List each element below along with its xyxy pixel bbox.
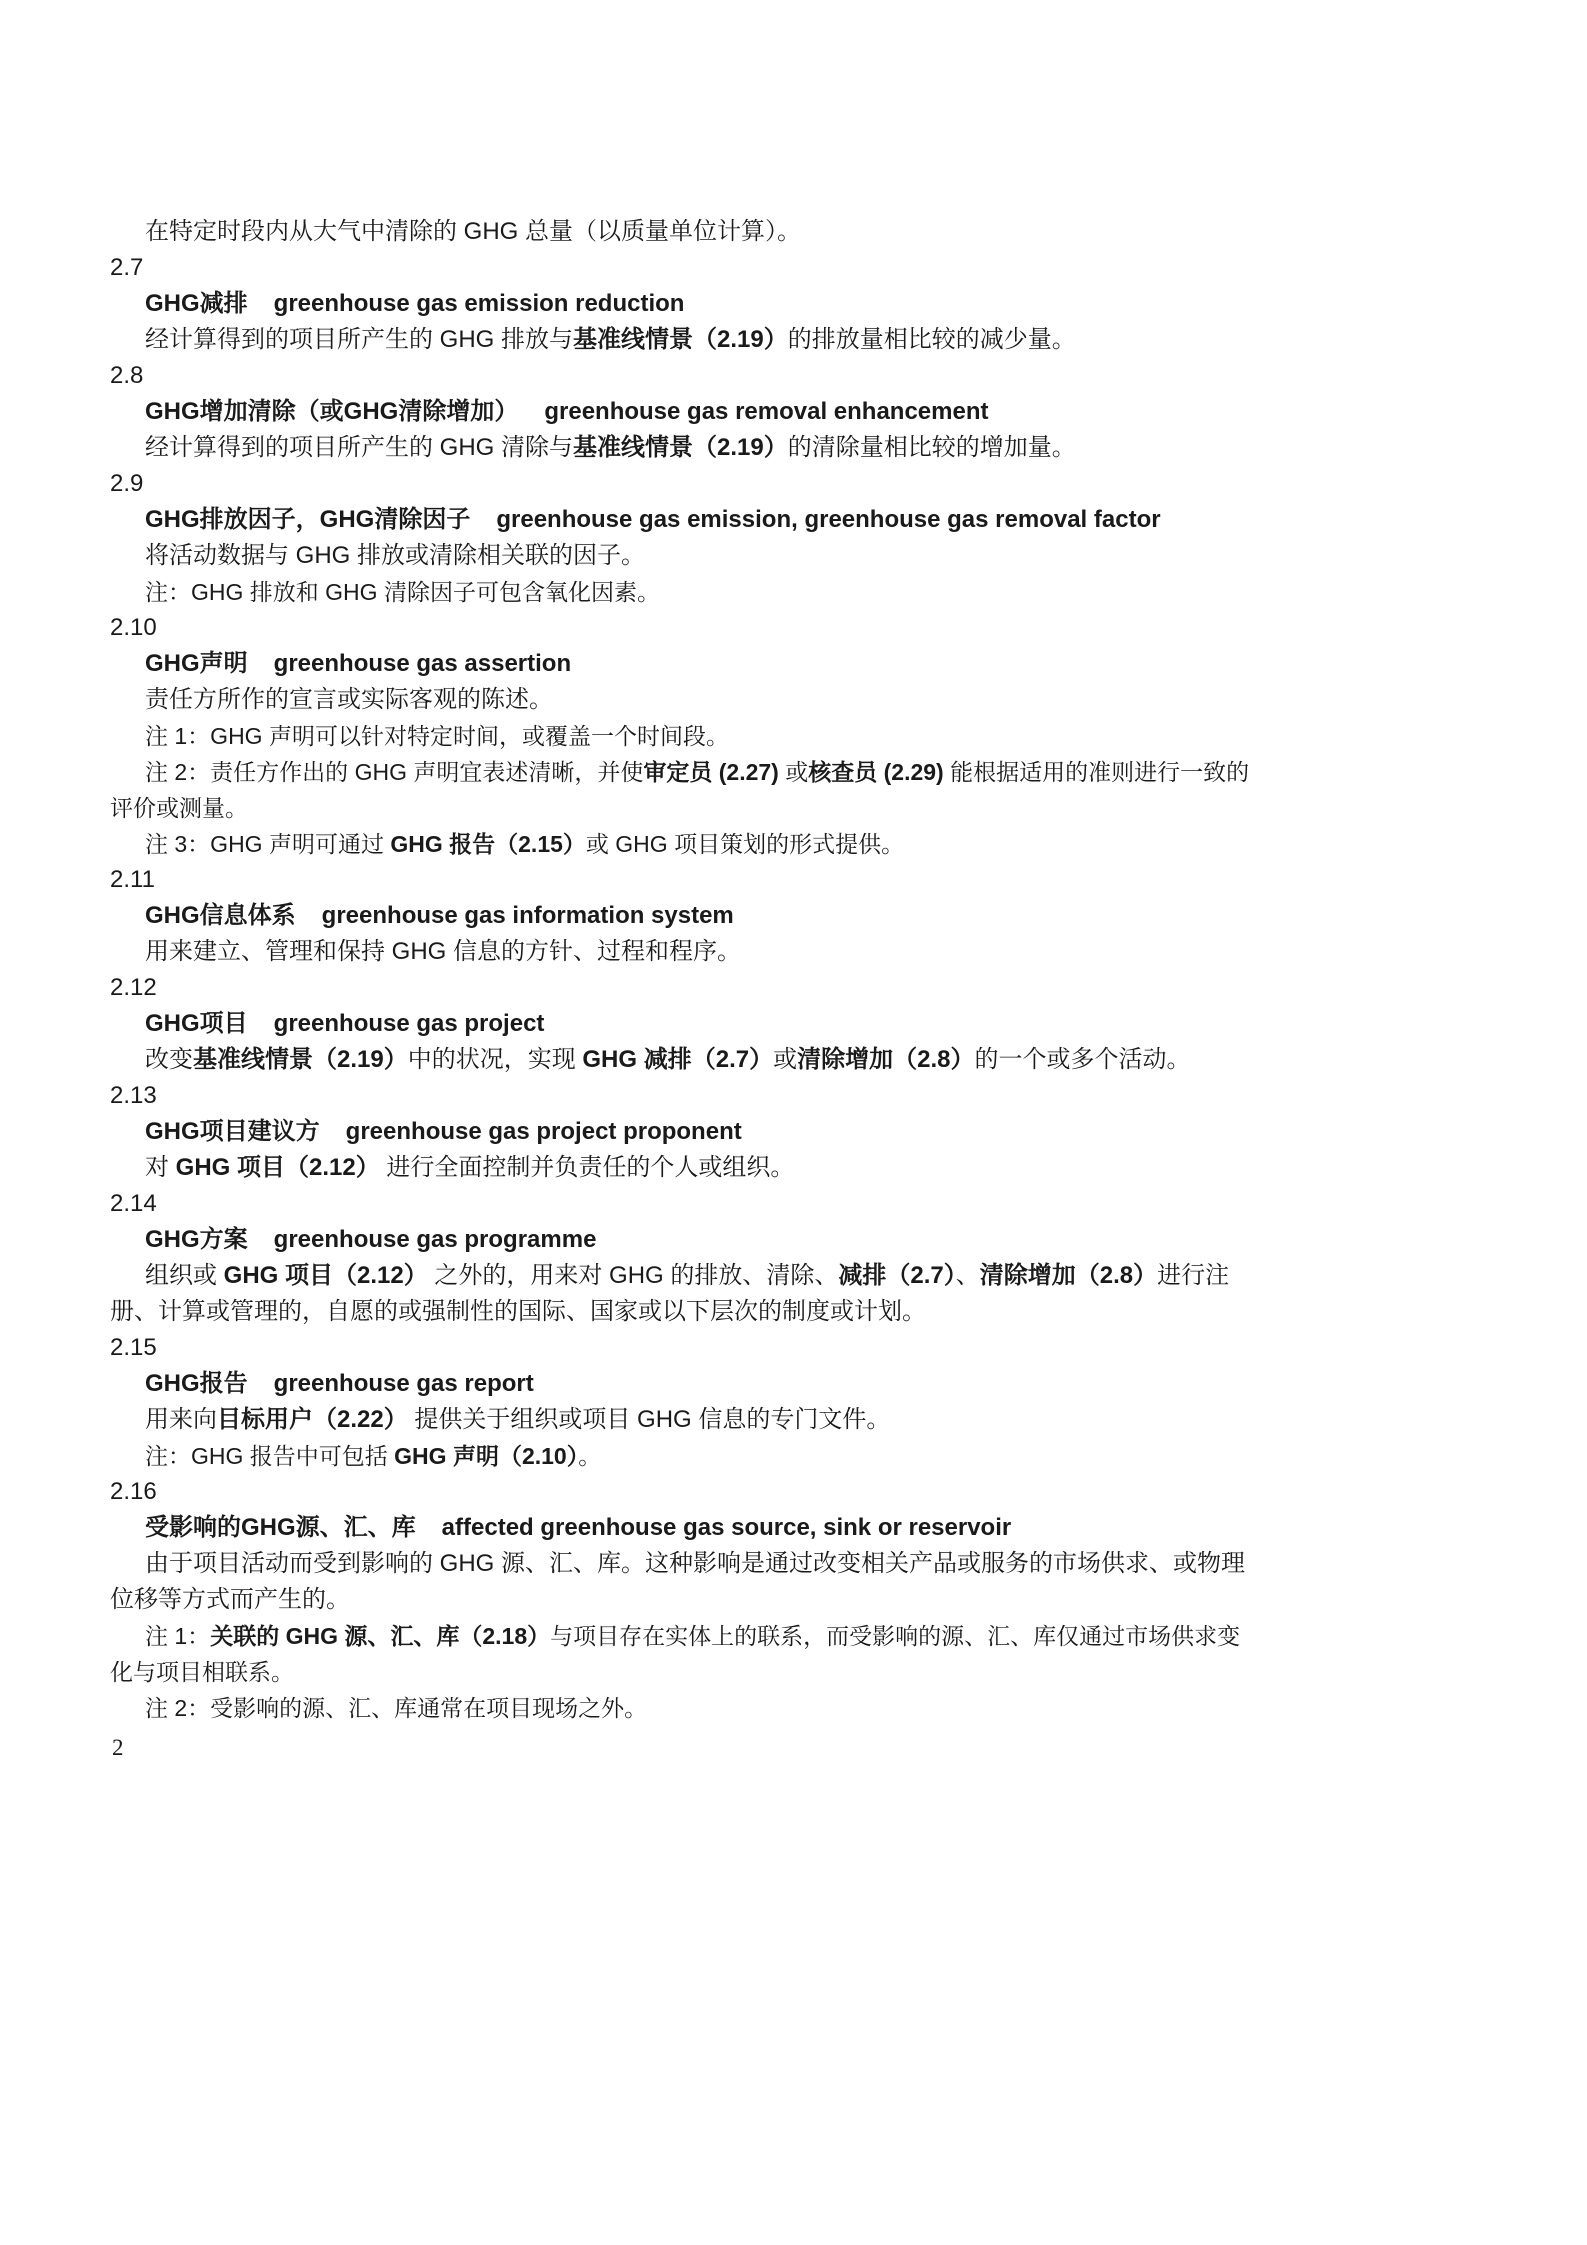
definition-paragraph: 经计算得到的项目所产生的 GHG 清除与基准线情景（2.19）的清除量相比较的增… [110, 430, 1250, 466]
bold-term-reference: 关联的 GHG 源、汇、库（2.18） [210, 1623, 550, 1649]
note-paragraph: 注：GHG 报告中可包括 GHG 声明（2.10）。 [110, 1438, 1250, 1474]
term-section: 2.11 GHG信息体系greenhouse gas information s… [110, 862, 1250, 970]
term-zh: GHG排放因子，GHG清除因子 [145, 506, 470, 533]
term-section: 2.7 GHG减排greenhouse gas emission reducti… [110, 250, 1250, 358]
term-section: 2.8 GHG增加清除（或GHG清除增加）greenhouse gas remo… [110, 358, 1250, 466]
text-segment: 组织或 [145, 1262, 224, 1289]
term-en: greenhouse gas emission reduction [274, 290, 685, 317]
page-number: 2 [112, 1735, 124, 1761]
term-en: greenhouse gas removal enhancement [544, 398, 988, 425]
bold-term-reference: GHG 报告（2.15） [390, 831, 586, 857]
term-line: GHG声明greenhouse gas assertion [110, 646, 1250, 682]
text-segment: 或 [779, 759, 808, 785]
term-section: 2.10 GHG声明greenhouse gas assertion 责任方所作… [110, 610, 1250, 862]
text-segment: 用来建立、管理和保持 GHG 信息的方针、过程和程序。 [145, 938, 741, 965]
term-en: greenhouse gas report [274, 1370, 534, 1397]
text-segment: 的一个或多个活动。 [974, 1046, 1190, 1073]
term-line: GHG减排greenhouse gas emission reduction [110, 286, 1250, 322]
text-segment: 注：GHG 报告中可包括 [145, 1443, 394, 1469]
note-paragraph: 注 2：责任方作出的 GHG 声明宜表述清晰，并使审定员 (2.27) 或核查员… [110, 754, 1250, 826]
text-segment: 进行全面控制并负责任的个人或组织。 [380, 1154, 795, 1181]
term-line: GHG增加清除（或GHG清除增加）greenhouse gas removal … [110, 394, 1250, 430]
note-paragraph: 注 2：受影响的源、汇、库通常在项目现场之外。 [110, 1690, 1250, 1726]
text-segment: 提供关于组织或项目 GHG 信息的专门文件。 [408, 1406, 891, 1433]
bold-term-reference: 核查员 (2.29) [808, 759, 943, 785]
section-number: 2.9 [110, 466, 1250, 502]
text-segment: 责任方所作的宣言或实际客观的陈述。 [145, 686, 553, 713]
definition-paragraph: 经计算得到的项目所产生的 GHG 排放与基准线情景（2.19）的排放量相比较的减… [110, 322, 1250, 358]
note-paragraph: 注：GHG 排放和 GHG 清除因子可包含氧化因素。 [110, 574, 1250, 610]
term-line: 受影响的GHG源、汇、库affected greenhouse gas sour… [110, 1510, 1250, 1546]
term-line: GHG报告greenhouse gas report [110, 1366, 1250, 1402]
note-paragraph: 注 3：GHG 声明可通过 GHG 报告（2.15）或 GHG 项目策划的形式提… [110, 826, 1250, 862]
text-segment: 将活动数据与 GHG 排放或清除相关联的因子。 [145, 542, 645, 569]
term-section: 2.12 GHG项目greenhouse gas project 改变基准线情景… [110, 970, 1250, 1078]
term-section: 2.16 受影响的GHG源、汇、库affected greenhouse gas… [110, 1474, 1250, 1726]
term-line: GHG排放因子，GHG清除因子greenhouse gas emission, … [110, 502, 1250, 538]
term-zh: GHG方案 [145, 1226, 248, 1253]
text-segment: 注 3：GHG 声明可通过 [145, 831, 390, 857]
bold-term-reference: 目标用户（2.22） [217, 1406, 408, 1433]
term-zh: GHG项目建议方 [145, 1118, 320, 1145]
definition-paragraph: 用来向目标用户（2.22） 提供关于组织或项目 GHG 信息的专门文件。 [110, 1402, 1250, 1438]
section-number: 2.7 [110, 250, 1250, 286]
page-content: 在特定时段内从大气中清除的 GHG 总量（以质量单位计算）。 2.7 GHG减排… [110, 214, 1250, 1726]
bold-term-reference: GHG 项目（2.12） [176, 1154, 380, 1181]
section-number: 2.16 [110, 1474, 1250, 1510]
text-segment: 经计算得到的项目所产生的 GHG 排放与 [145, 326, 573, 353]
term-en: greenhouse gas assertion [274, 650, 571, 677]
section-number: 2.10 [110, 610, 1250, 646]
term-line: GHG方案greenhouse gas programme [110, 1222, 1250, 1258]
document-page: 在特定时段内从大气中清除的 GHG 总量（以质量单位计算）。 2.7 GHG减排… [0, 0, 1587, 2245]
note-paragraph: 注 1：关联的 GHG 源、汇、库（2.18）与项目存在实体上的联系，而受影响的… [110, 1618, 1250, 1690]
bold-term-reference: GHG 项目（2.12） [224, 1262, 428, 1289]
term-en: greenhouse gas emission, greenhouse gas … [496, 506, 1160, 533]
term-en: greenhouse gas project [274, 1010, 545, 1037]
term-section: 2.14 GHG方案greenhouse gas programme 组织或 G… [110, 1186, 1250, 1330]
text-segment: 之外的，用来对 GHG 的排放、清除、 [428, 1262, 839, 1289]
text-segment: 或 GHG 项目策划的形式提供。 [586, 831, 904, 857]
term-zh: GHG减排 [145, 290, 248, 317]
text-segment: 由于项目活动而受到影响的 GHG 源、汇、库。这种影响是通过改变相关产品或服务的… [110, 1550, 1245, 1613]
text-segment: 注 2：责任方作出的 GHG 声明宜表述清晰，并使 [145, 759, 643, 785]
term-line: GHG项目建议方greenhouse gas project proponent [110, 1114, 1250, 1150]
definition-paragraph: 对 GHG 项目（2.12） 进行全面控制并负责任的个人或组织。 [110, 1150, 1250, 1186]
section-number: 2.11 [110, 862, 1250, 898]
section-number: 2.8 [110, 358, 1250, 394]
definition-paragraph: 责任方所作的宣言或实际客观的陈述。 [110, 682, 1250, 718]
bold-term-reference: 审定员 (2.27) [643, 759, 778, 785]
carryover-definition-line: 在特定时段内从大气中清除的 GHG 总量（以质量单位计算）。 [110, 214, 1250, 250]
bold-term-reference: 基准线情景（2.19） [573, 326, 788, 353]
term-zh: 受影响的GHG源、汇、库 [145, 1514, 416, 1541]
term-en: greenhouse gas programme [274, 1226, 597, 1253]
text-segment: 中的状况，实现 [408, 1046, 583, 1073]
text-segment: 的排放量相比较的减少量。 [788, 326, 1076, 353]
definition-paragraph: 由于项目活动而受到影响的 GHG 源、汇、库。这种影响是通过改变相关产品或服务的… [110, 1546, 1250, 1618]
bold-term-reference: GHG 减排（2.7） [582, 1046, 773, 1073]
term-section: 2.13 GHG项目建议方greenhouse gas project prop… [110, 1078, 1250, 1186]
text-segment: 用来向 [145, 1406, 217, 1433]
term-zh: GHG信息体系 [145, 902, 296, 929]
definition-paragraph: 用来建立、管理和保持 GHG 信息的方针、过程和程序。 [110, 934, 1250, 970]
bold-term-reference: 减排（2.7） [838, 1262, 955, 1289]
bold-term-reference: 基准线情景（2.19） [573, 434, 788, 461]
term-en: greenhouse gas information system [322, 902, 734, 929]
definition-paragraph: 组织或 GHG 项目（2.12） 之外的，用来对 GHG 的排放、清除、减排（2… [110, 1258, 1250, 1330]
bold-term-reference: 清除增加（2.8） [980, 1262, 1157, 1289]
section-number: 2.14 [110, 1186, 1250, 1222]
term-zh: GHG项目 [145, 1010, 248, 1037]
term-section: 2.9 GHG排放因子，GHG清除因子greenhouse gas emissi… [110, 466, 1250, 610]
text-segment: 注 1：GHG 声明可以针对特定时间，或覆盖一个时间段。 [145, 723, 729, 749]
text-segment: 、 [956, 1262, 980, 1289]
term-sections: 2.7 GHG减排greenhouse gas emission reducti… [110, 250, 1250, 1726]
bold-term-reference: 基准线情景（2.19） [193, 1046, 408, 1073]
text-segment: 或 [773, 1046, 797, 1073]
term-line: GHG项目greenhouse gas project [110, 1006, 1250, 1042]
section-number: 2.15 [110, 1330, 1250, 1366]
term-en: affected greenhouse gas source, sink or … [442, 1514, 1012, 1541]
text-segment: 注 1： [145, 1623, 210, 1649]
term-line: GHG信息体系greenhouse gas information system [110, 898, 1250, 934]
text-segment: 。 [578, 1443, 601, 1469]
term-zh: GHG报告 [145, 1370, 248, 1397]
text-segment: 注：GHG 排放和 GHG 清除因子可包含氧化因素。 [145, 579, 660, 605]
text-segment: 经计算得到的项目所产生的 GHG 清除与 [145, 434, 573, 461]
text-segment: 的清除量相比较的增加量。 [788, 434, 1076, 461]
section-number: 2.12 [110, 970, 1250, 1006]
term-en: greenhouse gas project proponent [346, 1118, 742, 1145]
bold-term-reference: 清除增加（2.8） [797, 1046, 974, 1073]
bold-term-reference: GHG 声明（2.10） [394, 1443, 578, 1469]
note-paragraph: 注 1：GHG 声明可以针对特定时间，或覆盖一个时间段。 [110, 718, 1250, 754]
text-segment: 改变 [145, 1046, 193, 1073]
text-segment: 对 [145, 1154, 176, 1181]
term-zh: GHG增加清除（或GHG清除增加） [145, 398, 518, 425]
text-segment: 注 2：受影响的源、汇、库通常在项目现场之外。 [145, 1695, 647, 1721]
term-zh: GHG声明 [145, 650, 248, 677]
definition-paragraph: 改变基准线情景（2.19）中的状况，实现 GHG 减排（2.7）或清除增加（2.… [110, 1042, 1250, 1078]
section-number: 2.13 [110, 1078, 1250, 1114]
term-section: 2.15 GHG报告greenhouse gas report 用来向目标用户（… [110, 1330, 1250, 1474]
definition-paragraph: 将活动数据与 GHG 排放或清除相关联的因子。 [110, 538, 1250, 574]
